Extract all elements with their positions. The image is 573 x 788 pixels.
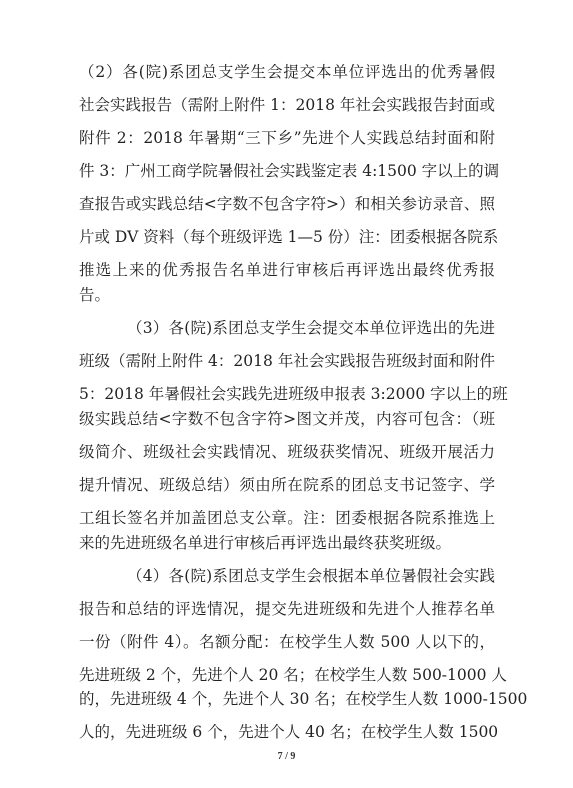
paragraph-4-line-6: 人的，先进班级 6 个，先进个人 40 名；在校学生人数 1500: [79, 720, 495, 744]
document-page: （2）各(院)系团总支学生会提交本单位评选出的优秀暑假 社会实践报告（需附上附件…: [0, 0, 573, 788]
paragraph-4-line-2: 报告和总结的评选情况，提交先进班级和先进个人推荐名单: [79, 597, 495, 621]
paragraph-4-line-3: 一份（附件 4）。名额分配：在校学生人数 500 人以下的，: [79, 630, 495, 654]
paragraph-3-line-4: 级实践总结<字数不包含字符>图文并茂，内容可包含：（班: [79, 407, 495, 431]
paragraph-2-line-4: 件 3：广州工商学院暑假社会实践鉴定表 4:1500 字以上的调: [79, 159, 495, 183]
paragraph-2-line-8: 告。: [79, 283, 495, 307]
paragraph-3-line-3: 5：2018 年暑假社会实践先进班级申报表 3:2000 字以上的班: [79, 382, 495, 406]
page-number: 7 / 9: [0, 751, 573, 762]
paragraph-2-line-7: 推选上来的优秀报告名单进行审核后再评选出最终优秀报: [79, 258, 495, 282]
paragraph-3-line-7: 工组长签名并加盖团总支公章。注：团委根据各院系推选上: [79, 506, 495, 530]
paragraph-3-line-1: （3）各(院)系团总支学生会提交本单位评选出的先进: [79, 316, 495, 340]
paragraph-4-line-5: 的，先进班级 4 个，先进个人 30 名；在校学生人数 1000-1500: [79, 687, 495, 711]
paragraph-3-line-5: 级简介、班级社会实践情况、班级获奖情况、班级开展活力: [79, 440, 495, 464]
paragraph-3-line-6: 提升情况、班级总结）须由所在院系的团总支书记签字、学: [79, 473, 495, 497]
paragraph-4-line-1: （4）各(院)系团总支学生会根据本单位暑假社会实践: [79, 564, 495, 588]
paragraph-3-line-8: 来的先进班级名单进行审核后再评选出最终获奖班级。: [79, 531, 495, 555]
paragraph-2-line-1: （2）各(院)系团总支学生会提交本单位评选出的优秀暑假: [79, 60, 495, 84]
paragraph-3-line-2: 班级（需附上附件 4：2018 年社会实践报告班级封面和附件: [79, 349, 495, 373]
paragraph-4-line-4: 先进班级 2 个，先进个人 20 名；在校学生人数 500-1000 人: [79, 663, 495, 687]
paragraph-2-line-5: 查报告或实践总结<字数不包含字符>）和相关参访录音、照: [79, 192, 495, 216]
paragraph-2-line-2: 社会实践报告（需附上附件 1：2018 年社会实践报告封面或: [79, 93, 495, 117]
paragraph-2-line-6: 片或 DV 资料（每个班级评选 1—5 份）注：团委根据各院系: [79, 225, 495, 249]
paragraph-2-line-3: 附件 2：2018 年暑期“三下乡”先进个人实践总结封面和附: [79, 126, 495, 150]
